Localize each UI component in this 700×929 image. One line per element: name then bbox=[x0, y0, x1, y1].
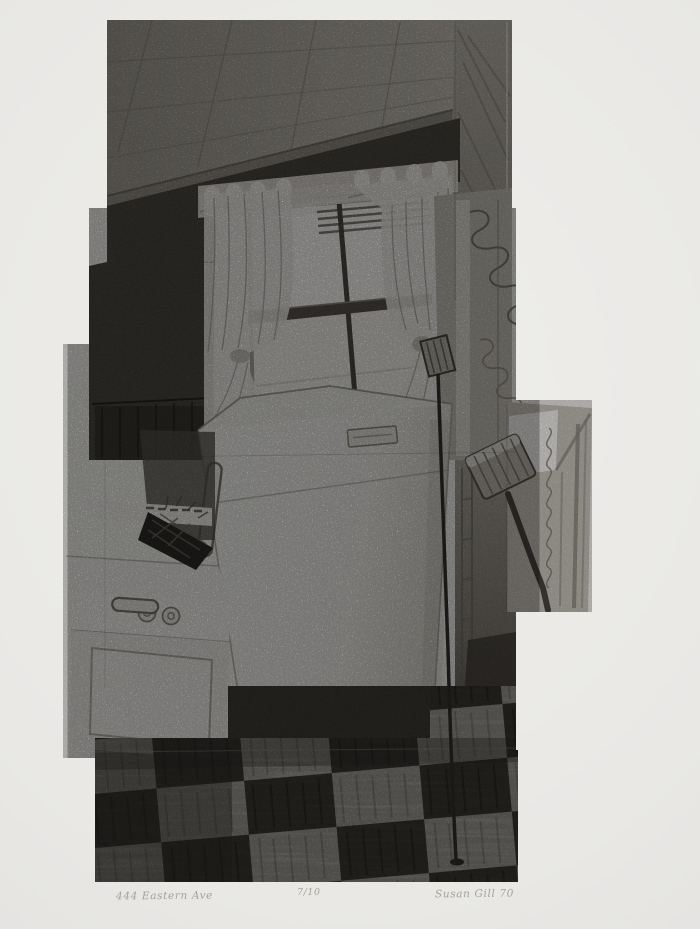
inscription-edition: 7/10 bbox=[297, 887, 321, 898]
inscription-signature: Susan Gill 70 bbox=[435, 888, 514, 901]
inscription-address: 444 Eastern Ave bbox=[116, 889, 213, 902]
photo-of-artwork: 444 Eastern Ave 7/10 Susan Gill 70 bbox=[0, 0, 700, 929]
artwork-print bbox=[0, 0, 700, 929]
